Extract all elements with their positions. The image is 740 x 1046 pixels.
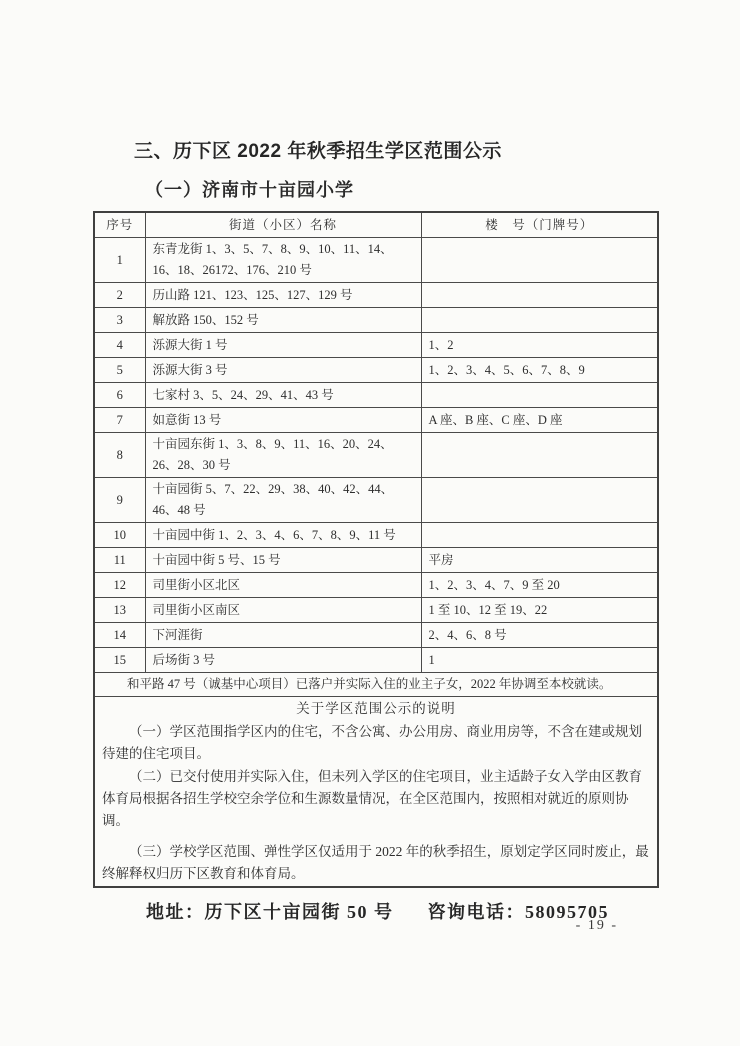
row-number-cell: 7 [94, 408, 145, 433]
street-name-cell: 下河涯街 [145, 623, 421, 648]
note-item-1: （一）学区范围指学区内的住宅，不含公寓、办公用房、商业用房等，不含在建或规划待建… [102, 721, 650, 765]
table-row: 1 东青龙街 1、3、5、7、8、9、10、11、14、16、18、26172、… [94, 238, 658, 283]
document-page: 三、历下区 2022 年秋季招生学区范围公示 （一）济南市十亩园小学 序号 街道… [0, 0, 740, 1046]
note-item-2: （二）已交付使用并实际入住，但未列入学区的住宅项目，业主适龄子女入学由区教育体育… [102, 766, 650, 832]
page-number: - 19 - [576, 918, 618, 934]
col-header-street: 街道（小区）名称 [145, 212, 421, 238]
building-number-cell [421, 383, 658, 408]
street-name-cell: 泺源大街 1 号 [145, 333, 421, 358]
street-name-cell: 十亩园东街 1、3、8、9、11、16、20、24、26、28、30 号 [145, 433, 421, 478]
building-number-cell [421, 433, 658, 478]
row-number-cell: 9 [94, 478, 145, 523]
row-number-cell: 11 [94, 548, 145, 573]
table-row: 15 后场街 3 号 1 [94, 648, 658, 673]
row-number-cell: 4 [94, 333, 145, 358]
school-subtitle: （一）济南市十亩园小学 [0, 163, 740, 211]
street-name-cell: 十亩园街 5、7、22、29、38、40、42、44、46、48 号 [145, 478, 421, 523]
building-number-cell: 1、2、3、4、5、6、7、8、9 [421, 358, 658, 383]
building-number-cell: 1、2、3、4、7、9 至 20 [421, 573, 658, 598]
street-name-cell: 十亩园中街 1、2、3、4、6、7、8、9、11 号 [145, 523, 421, 548]
merged-note-text: 和平路 47 号（诚基中心项目）已落户并实际入住的业主子女，2022 年协调至本… [94, 673, 658, 697]
building-number-cell [421, 238, 658, 283]
table-row: 9 十亩园街 5、7、22、29、38、40、42、44、46、48 号 [94, 478, 658, 523]
street-name-cell: 东青龙街 1、3、5、7、8、9、10、11、14、16、18、26172、17… [145, 238, 421, 283]
table-row: 5 泺源大街 3 号 1、2、3、4、5、6、7、8、9 [94, 358, 658, 383]
street-name-cell: 泺源大街 3 号 [145, 358, 421, 383]
notes-row: 关于学区范围公示的说明 （一）学区范围指学区内的住宅，不含公寓、办公用房、商业用… [94, 697, 658, 888]
table-body: 1 东青龙街 1、3、5、7、8、9、10、11、14、16、18、26172、… [94, 238, 658, 673]
row-number-cell: 1 [94, 238, 145, 283]
note-item-3: （三）学校学区范围、弹性学区仅适用于 2022 年的秋季招生，原划定学区同时废止… [102, 841, 650, 885]
building-number-cell: 1 [421, 648, 658, 673]
row-number-cell: 15 [94, 648, 145, 673]
row-number-cell: 12 [94, 573, 145, 598]
page-title: 三、历下区 2022 年秋季招生学区范围公示 [0, 0, 740, 163]
building-number-cell [421, 283, 658, 308]
merged-note-row: 和平路 47 号（诚基中心项目）已落户并实际入住的业主子女，2022 年协调至本… [94, 673, 658, 697]
street-name-cell: 后场街 3 号 [145, 648, 421, 673]
table-row: 8 十亩园东街 1、3、8、9、11、16、20、24、26、28、30 号 [94, 433, 658, 478]
address-line: 地址：历下区十亩园街 50 号咨询电话：58095705 [0, 888, 740, 924]
building-number-cell [421, 523, 658, 548]
street-name-cell: 七家村 3、5、24、29、41、43 号 [145, 383, 421, 408]
table-row: 12 司里街小区北区 1、2、3、4、7、9 至 20 [94, 573, 658, 598]
street-name-cell: 司里街小区北区 [145, 573, 421, 598]
building-number-cell [421, 308, 658, 333]
table-header-row: 序号 街道（小区）名称 楼 号（门牌号） [94, 212, 658, 238]
building-number-cell: 1、2 [421, 333, 658, 358]
building-number-cell: 2、4、6、8 号 [421, 623, 658, 648]
street-name-cell: 司里街小区南区 [145, 598, 421, 623]
notes-cell: 关于学区范围公示的说明 （一）学区范围指学区内的住宅，不含公寓、办公用房、商业用… [94, 697, 658, 888]
table-row: 13 司里街小区南区 1 至 10、12 至 19、22 [94, 598, 658, 623]
street-name-cell: 十亩园中街 5 号、15 号 [145, 548, 421, 573]
row-number-cell: 6 [94, 383, 145, 408]
table-row: 6 七家村 3、5、24、29、41、43 号 [94, 383, 658, 408]
row-number-cell: 13 [94, 598, 145, 623]
table-row: 3 解放路 150、152 号 [94, 308, 658, 333]
table-row: 2 历山路 121、123、125、127、129 号 [94, 283, 658, 308]
row-number-cell: 5 [94, 358, 145, 383]
row-number-cell: 8 [94, 433, 145, 478]
street-name-cell: 历山路 121、123、125、127、129 号 [145, 283, 421, 308]
row-number-cell: 14 [94, 623, 145, 648]
table-row: 11 十亩园中街 5 号、15 号 平房 [94, 548, 658, 573]
row-number-cell: 10 [94, 523, 145, 548]
street-name-cell: 解放路 150、152 号 [145, 308, 421, 333]
notes-title: 关于学区范围公示的说明 [102, 698, 650, 720]
table-row: 10 十亩园中街 1、2、3、4、6、7、8、9、11 号 [94, 523, 658, 548]
building-number-cell: A 座、B 座、C 座、D 座 [421, 408, 658, 433]
table-row: 14 下河涯街 2、4、6、8 号 [94, 623, 658, 648]
table-row: 4 泺源大街 1 号 1、2 [94, 333, 658, 358]
building-number-cell: 平房 [421, 548, 658, 573]
col-header-no: 序号 [94, 212, 145, 238]
building-number-cell: 1 至 10、12 至 19、22 [421, 598, 658, 623]
row-number-cell: 2 [94, 283, 145, 308]
row-number-cell: 3 [94, 308, 145, 333]
col-header-building: 楼 号（门牌号） [421, 212, 658, 238]
street-name-cell: 如意街 13 号 [145, 408, 421, 433]
address-text: 地址：历下区十亩园街 50 号 [146, 902, 394, 922]
table-row: 7 如意街 13 号 A 座、B 座、C 座、D 座 [94, 408, 658, 433]
building-number-cell [421, 478, 658, 523]
district-table: 序号 街道（小区）名称 楼 号（门牌号） 1 东青龙街 1、3、5、7、8、9、… [93, 211, 659, 888]
